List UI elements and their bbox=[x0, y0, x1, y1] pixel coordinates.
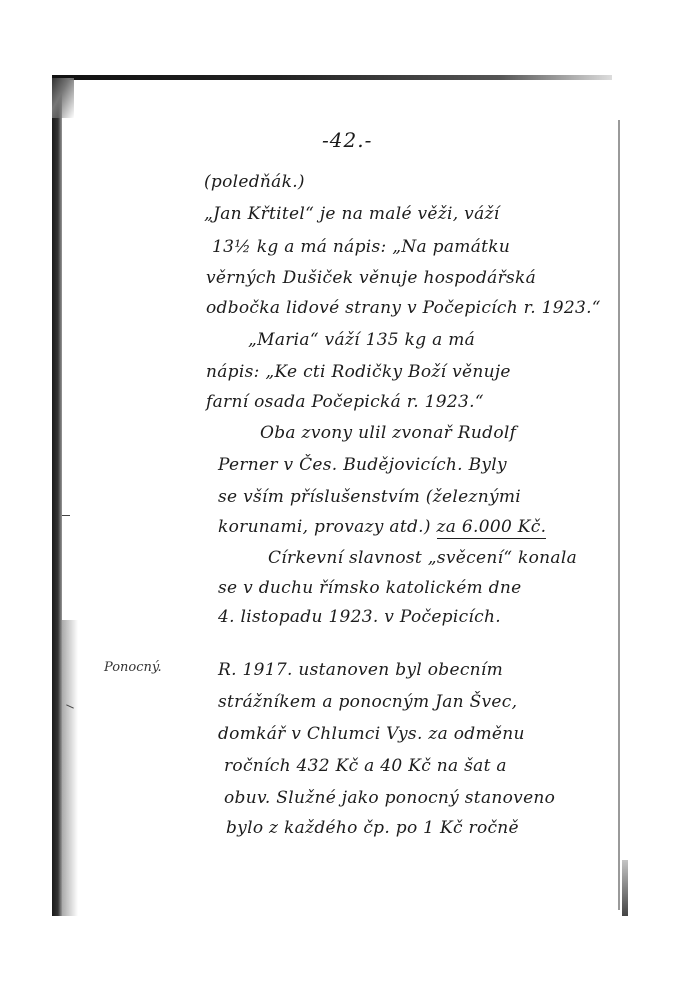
text-line: 4. listopadu 1923. v Počepicích. bbox=[218, 607, 501, 627]
text-line: obuv. Služné jako ponocný stanoveno bbox=[224, 788, 555, 808]
text-line: Církevní slavnost „svěcení“ konala bbox=[268, 548, 577, 568]
text-line: Oba zvony ulil zvonař Rudolf bbox=[260, 423, 516, 443]
margin-tick-mark bbox=[62, 515, 70, 516]
underlined-amount: za 6.000 Kč. bbox=[437, 517, 547, 539]
text-line: farní osada Počepická r. 1923.“ bbox=[206, 392, 484, 412]
text-line: nápis: „Ke cti Rodičky Boží věnuje bbox=[206, 362, 511, 382]
margin-note: Ponocný. bbox=[104, 660, 162, 675]
text-line: domkář v Chlumci Vys. za odměnu bbox=[218, 724, 525, 744]
text-segment: korunami, provazy atd.) bbox=[218, 517, 437, 537]
text-line: 13½ kg a má nápis: „Na památku bbox=[212, 237, 510, 257]
text-line: věrných Dušiček věnuje hospodářská bbox=[206, 268, 536, 288]
text-line: korunami, provazy atd.) za 6.000 Kč. bbox=[218, 517, 546, 537]
text-line: bylo z každého čp. po 1 Kč ročně bbox=[226, 818, 519, 838]
page-number: -42.- bbox=[322, 128, 372, 152]
text-line: (poledňák.) bbox=[204, 172, 305, 192]
text-line: ročních 432 Kč a 40 Kč na šat a bbox=[224, 756, 507, 776]
text-line: Perner v Čes. Budějovicích. Byly bbox=[218, 455, 507, 475]
text-line: „Maria“ váží 135 kg a má bbox=[248, 330, 475, 350]
text-line: R. 1917. ustanoven byl obecním bbox=[218, 660, 503, 680]
page-right-edge-shadow bbox=[622, 860, 628, 916]
text-line: odbočka lidové strany v Počepicích r. 19… bbox=[206, 298, 601, 318]
text-line: se v duchu římsko katolickém dne bbox=[218, 578, 521, 598]
text-line: strážníkem a ponocným Jan Švec, bbox=[218, 692, 517, 712]
text-line: se vším příslušenstvím (železnými bbox=[218, 487, 521, 507]
page-binding-shadow bbox=[52, 78, 62, 916]
page-right-edge bbox=[618, 120, 620, 910]
text-line: „Jan Křtitel“ je na malé věži, váží bbox=[204, 204, 500, 224]
